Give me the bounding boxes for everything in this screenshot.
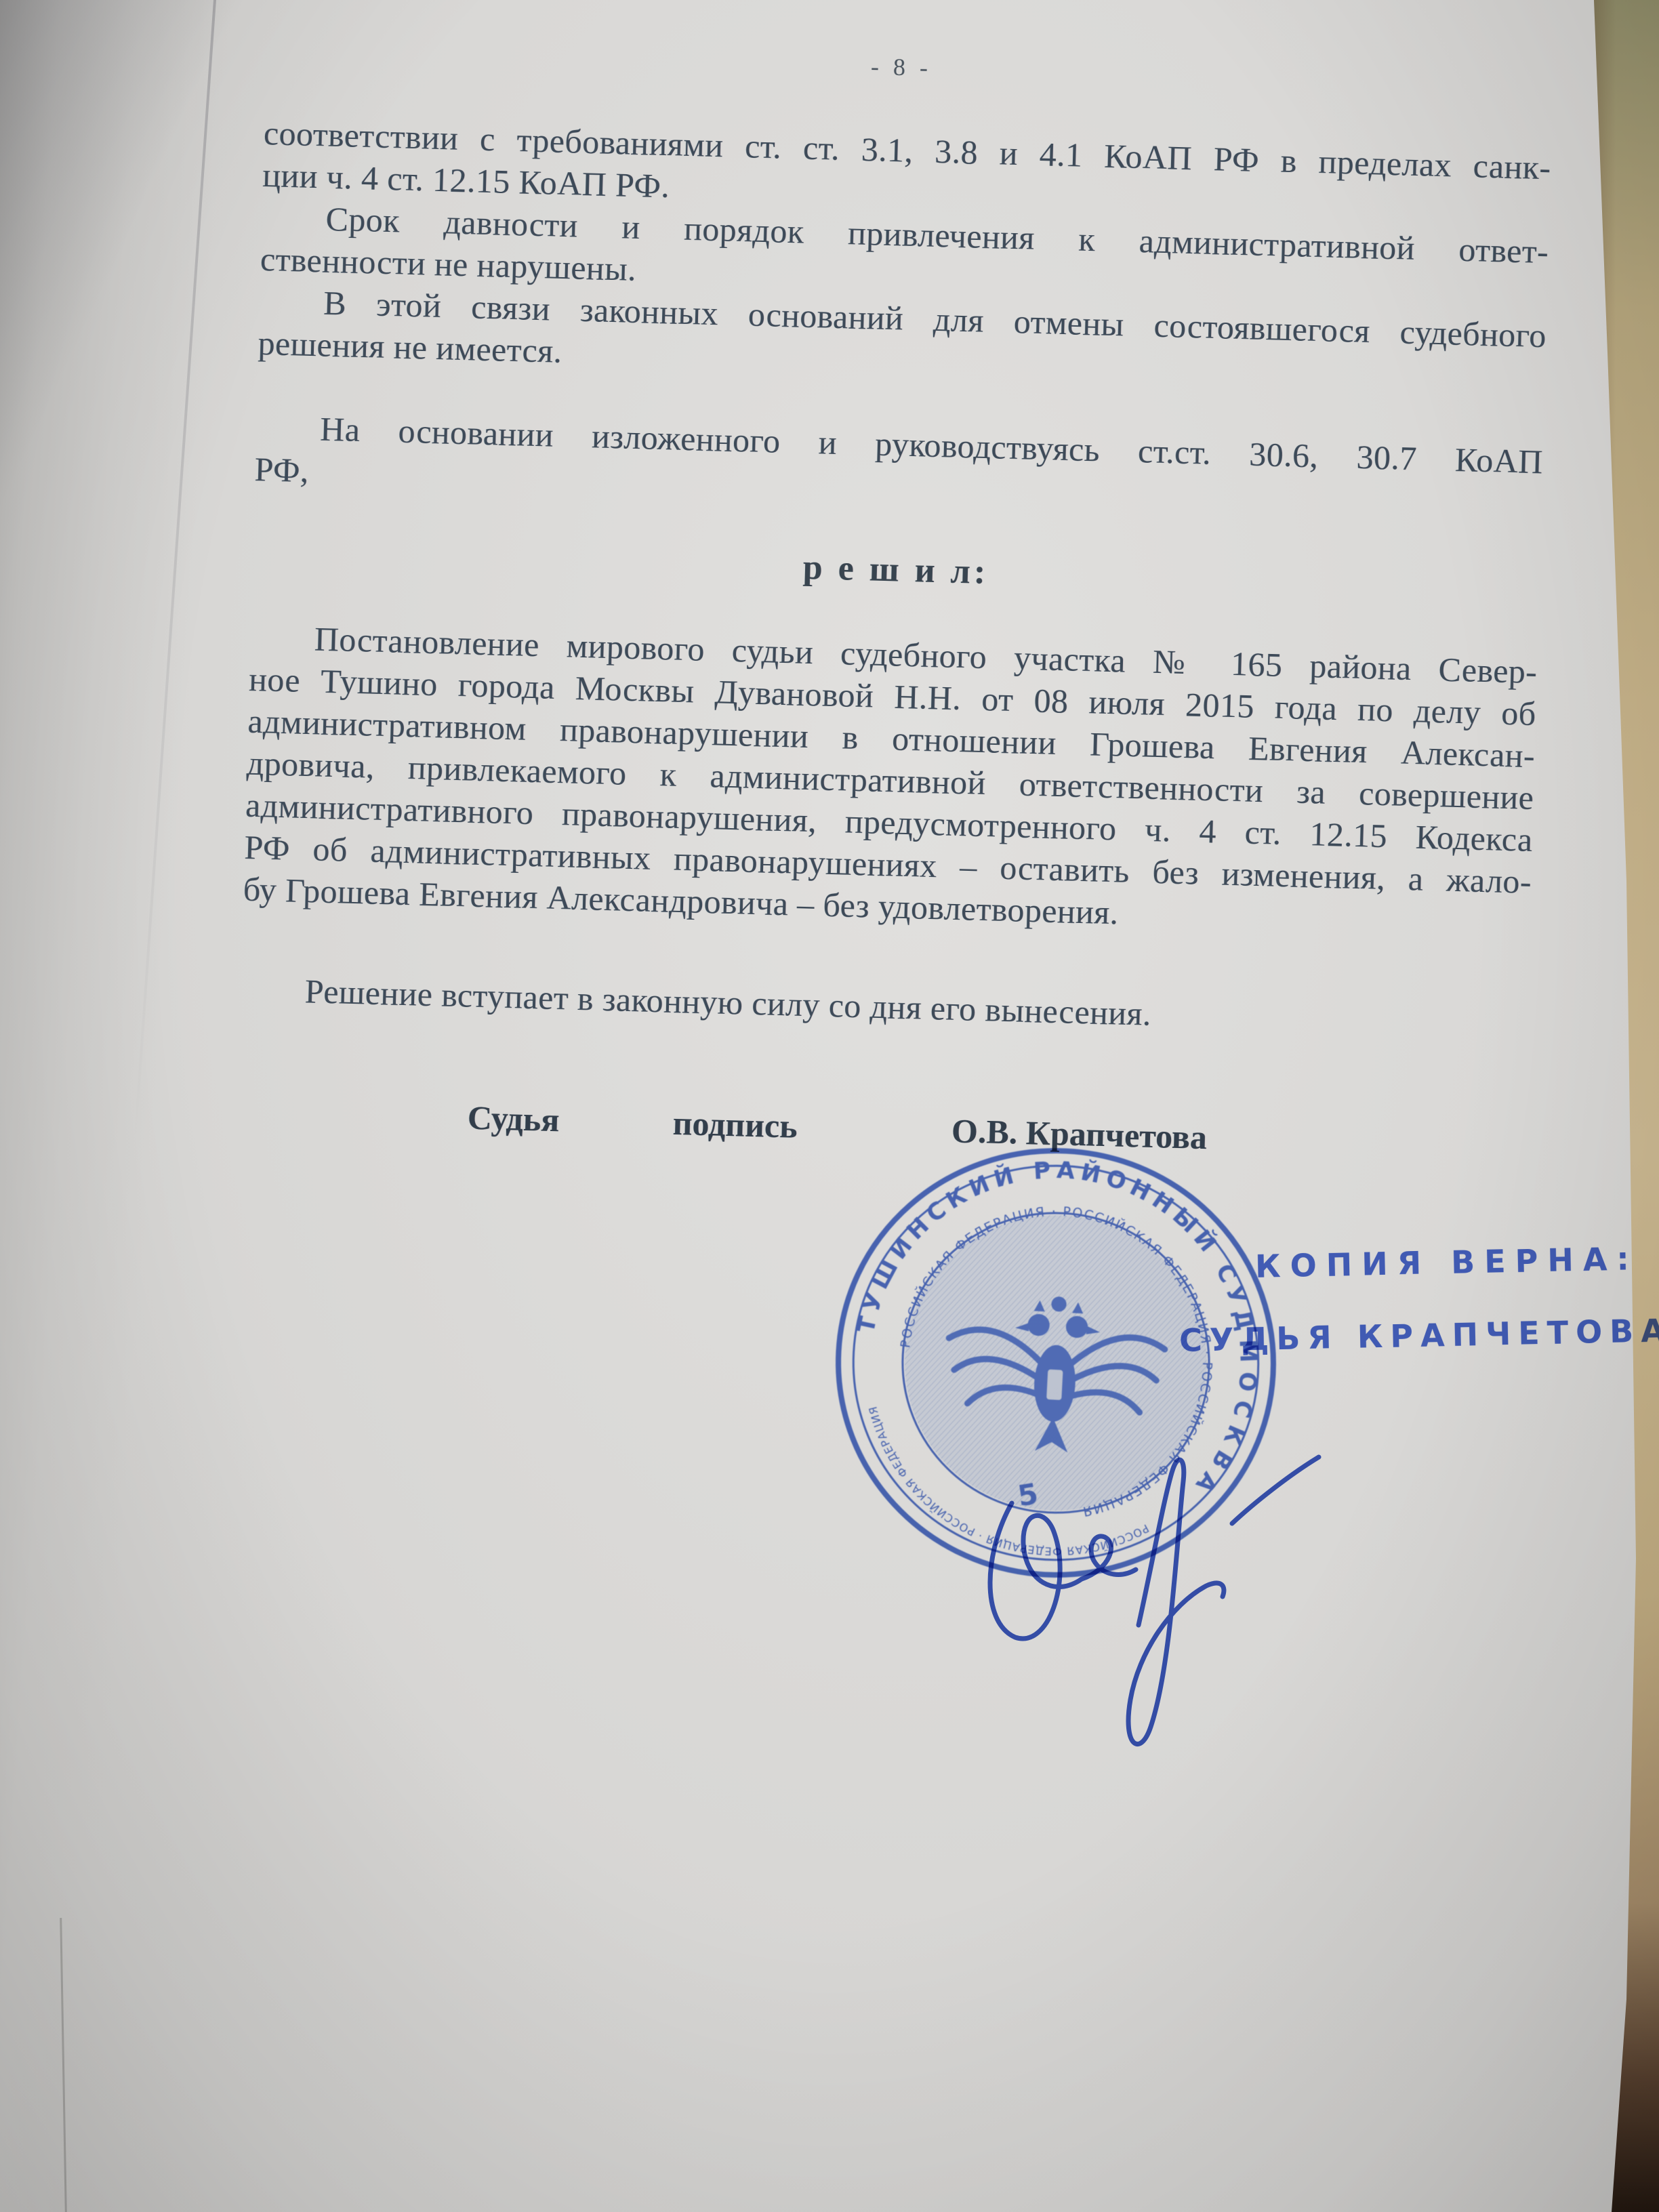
court-decision-photo: - 8 - соответствии с требованиями ст. ст… bbox=[0, 0, 1659, 2212]
underlying-page-shadow bbox=[0, 0, 230, 2212]
signature-note: подпись bbox=[672, 1104, 798, 1145]
document-text-block: соответствии с требованиями ст. ст. 3.1,… bbox=[237, 112, 1551, 1167]
copy-verna-stamp-text: КОПИЯ ВЕРНА: bbox=[1254, 1240, 1639, 1285]
judge-signature bbox=[947, 1408, 1381, 1801]
paragraph-decision: Постановление мирового судьи судебного у… bbox=[243, 616, 1538, 945]
paragraph-closing: Решение вступает в законную силу со дня … bbox=[240, 968, 1528, 1045]
page-number: - 8 - bbox=[779, 50, 1024, 84]
paragraph-na-osnovanii: На основании изложенного и руководствуяс… bbox=[254, 406, 1544, 525]
judge-label: Судья bbox=[467, 1099, 560, 1139]
decision-heading: р е ш и л: bbox=[252, 532, 1540, 609]
text-line: Решение вступает в законную силу со дня … bbox=[240, 968, 1528, 1045]
